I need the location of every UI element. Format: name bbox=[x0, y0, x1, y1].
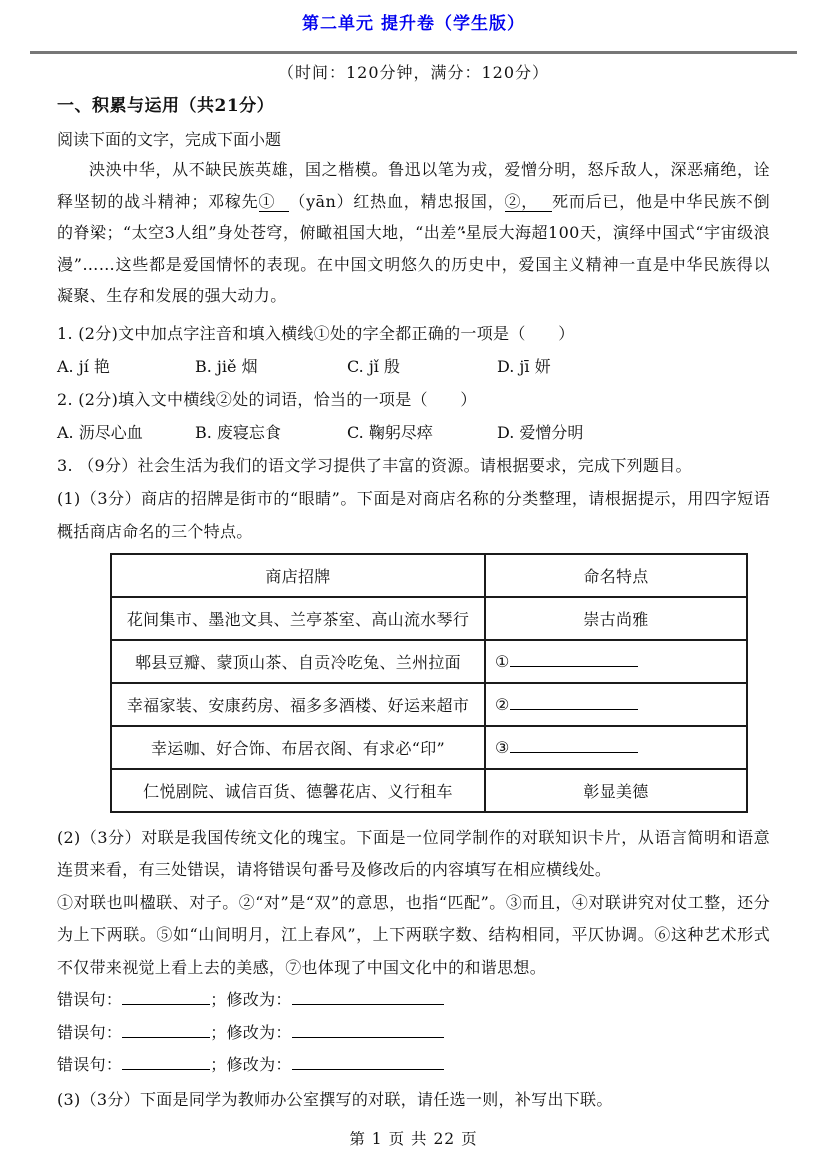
col-header-shop-signs: 商店招牌 bbox=[111, 554, 485, 597]
question-3-stem: 3. （9分）社会生活为我们的语文学习提供了丰富的资源。请根据要求，完成下列题目… bbox=[57, 449, 770, 482]
passage-text-4: 梁；“太空3人组”身处苍穹，俯瞰祖国大地，“出 bbox=[90, 223, 440, 242]
table-row: 幸运咖、好合饰、布居衣阁、有求必“印” ③ bbox=[111, 726, 747, 769]
error-blank-line bbox=[122, 1024, 210, 1038]
col-header-naming-features: 命名特点 bbox=[485, 554, 747, 597]
q2-option-c: C. 鞠躬尽瘁 bbox=[347, 416, 497, 449]
question-1-stem: 1. (2分)文中加点字注音和填入横线①处的字全都正确的一项是（ ） bbox=[57, 317, 770, 350]
table-row: 幸福家装、安康药房、福多多酒楼、好运来超市 ② bbox=[111, 683, 747, 726]
time-score-line: （时间：120分钟，满分：120分） bbox=[57, 62, 770, 84]
q1-option-c: C. jǐ 殷 bbox=[347, 350, 497, 383]
fix-label: ；修改为： bbox=[210, 1055, 292, 1074]
q1-option-b: B. jiě 烟 bbox=[195, 350, 347, 383]
q1-option-a: A. jí 艳 bbox=[57, 350, 195, 383]
blank-number-3: ③ bbox=[495, 738, 510, 757]
fix-label: ；修改为： bbox=[210, 1023, 292, 1042]
answer-blank-line bbox=[510, 653, 638, 667]
error-blank-line bbox=[122, 991, 210, 1005]
error-label: 错误句： bbox=[57, 1023, 122, 1042]
error-label: 错误句： bbox=[57, 1055, 122, 1074]
error-fill-row: 错误句：；修改为： bbox=[57, 1017, 770, 1050]
blank-number-2: ② bbox=[495, 695, 510, 714]
test-paper-page: 第二单元 提升卷（学生版） （时间：120分钟，满分：120分） 一、积累与运用… bbox=[0, 0, 827, 1169]
reading-instruction: 阅读下面的文字，完成下面小题 bbox=[57, 129, 770, 151]
question-2-options: A. 沥尽心血B. 废寝忘食C. 鞠躬尽瘁D. 爱憎分明 bbox=[57, 416, 770, 449]
couplet-knowledge-card: ①对联也叫楹联、对子。②“对”是“双”的意思，也指“匹配”。③而且，④对联讲究对… bbox=[57, 887, 770, 985]
dotted-char-ji: 脊 bbox=[74, 223, 91, 242]
passage-text-2: （yān）红热血，精忠报国， bbox=[289, 192, 504, 211]
feature-blank-cell: ③ bbox=[485, 726, 747, 769]
question-3-sub2: (2)（3分）对联是我国传统文化的瑰宝。下面是一位同学制作的对联知识卡片，从语言… bbox=[57, 822, 770, 887]
fix-blank-line bbox=[292, 1024, 444, 1038]
header-divider bbox=[30, 51, 797, 54]
blank-number-1: ① bbox=[495, 652, 510, 671]
question-3-sub3: (3)（3分）下面是同学为教师办公室撰写的对联，请任选一则，补写出下联。 bbox=[57, 1083, 770, 1116]
page-title: 第二单元 提升卷（学生版） bbox=[57, 13, 770, 35]
reading-passage: 泱泱中华，从不缺民族英雄，国之楷模。鲁迅以笔为戎，爱憎分明，怒斥敌人，深恶痛绝，… bbox=[57, 154, 770, 312]
error-fill-row: 错误句：；修改为： bbox=[57, 984, 770, 1017]
shop-name-table: 商店招牌 命名特点 花间集市、墨池文具、兰亭茶室、高山流水琴行 崇古尚雅 郫县豆… bbox=[110, 553, 748, 813]
inline-blank-1: ① bbox=[259, 192, 290, 212]
section-heading: 一、积累与运用（共21分） bbox=[57, 95, 770, 118]
inline-blank-2: ②， bbox=[505, 192, 553, 212]
fix-blank-line bbox=[292, 991, 444, 1005]
shop-list-cell: 幸运咖、好合饰、布居衣阁、有求必“印” bbox=[111, 726, 485, 769]
table-row: 仁悦剧院、诚信百货、德馨花店、义行租车 彰显美德 bbox=[111, 769, 747, 812]
error-fill-row: 错误句：；修改为： bbox=[57, 1049, 770, 1082]
shop-list-cell: 幸福家装、安康药房、福多多酒楼、好运来超市 bbox=[111, 683, 485, 726]
shop-list-cell: 花间集市、墨池文具、兰亭茶室、高山流水琴行 bbox=[111, 597, 485, 640]
feature-blank-cell: ① bbox=[485, 640, 747, 683]
shop-list-cell: 郫县豆瓣、蒙顶山茶、自贡冷吃兔、兰州拉面 bbox=[111, 640, 485, 683]
feature-cell: 彰显美德 bbox=[485, 769, 747, 812]
table-row: 郫县豆瓣、蒙顶山茶、自贡冷吃兔、兰州拉面 ① bbox=[111, 640, 747, 683]
q2-option-b: B. 废寝忘食 bbox=[195, 416, 347, 449]
answer-blank-line bbox=[510, 696, 638, 710]
table-row: 花间集市、墨池文具、兰亭茶室、高山流水琴行 崇古尚雅 bbox=[111, 597, 747, 640]
q1-option-d: D. jī 妍 bbox=[497, 350, 551, 383]
question-1-options: A. jí 艳B. jiě 烟C. jǐ 殷D. jī 妍 bbox=[57, 350, 770, 383]
answer-blank-line bbox=[510, 739, 638, 753]
fix-blank-line bbox=[292, 1056, 444, 1070]
q2-option-d: D. 爱憎分明 bbox=[497, 416, 583, 449]
feature-cell: 崇古尚雅 bbox=[485, 597, 747, 640]
feature-blank-cell: ② bbox=[485, 683, 747, 726]
q2-option-a: A. 沥尽心血 bbox=[57, 416, 195, 449]
page-number-footer: 第 1 页 共 22 页 bbox=[0, 1127, 827, 1149]
question-2-stem: 2. (2分)填入文中横线②处的词语，恰当的一项是（ ） bbox=[57, 383, 770, 416]
fix-label: ；修改为： bbox=[210, 990, 292, 1009]
table-header-row: 商店招牌 命名特点 bbox=[111, 554, 747, 597]
dotted-char-chai: 差 bbox=[440, 223, 457, 242]
error-label: 错误句： bbox=[57, 990, 122, 1009]
error-blank-line bbox=[122, 1056, 210, 1070]
question-3-sub1: (1)（3分）商店的招牌是街市的“眼睛”。下面是对商店名称的分类整理，请根据提示… bbox=[57, 482, 770, 548]
shop-list-cell: 仁悦剧院、诚信百货、德馨花店、义行租车 bbox=[111, 769, 485, 812]
